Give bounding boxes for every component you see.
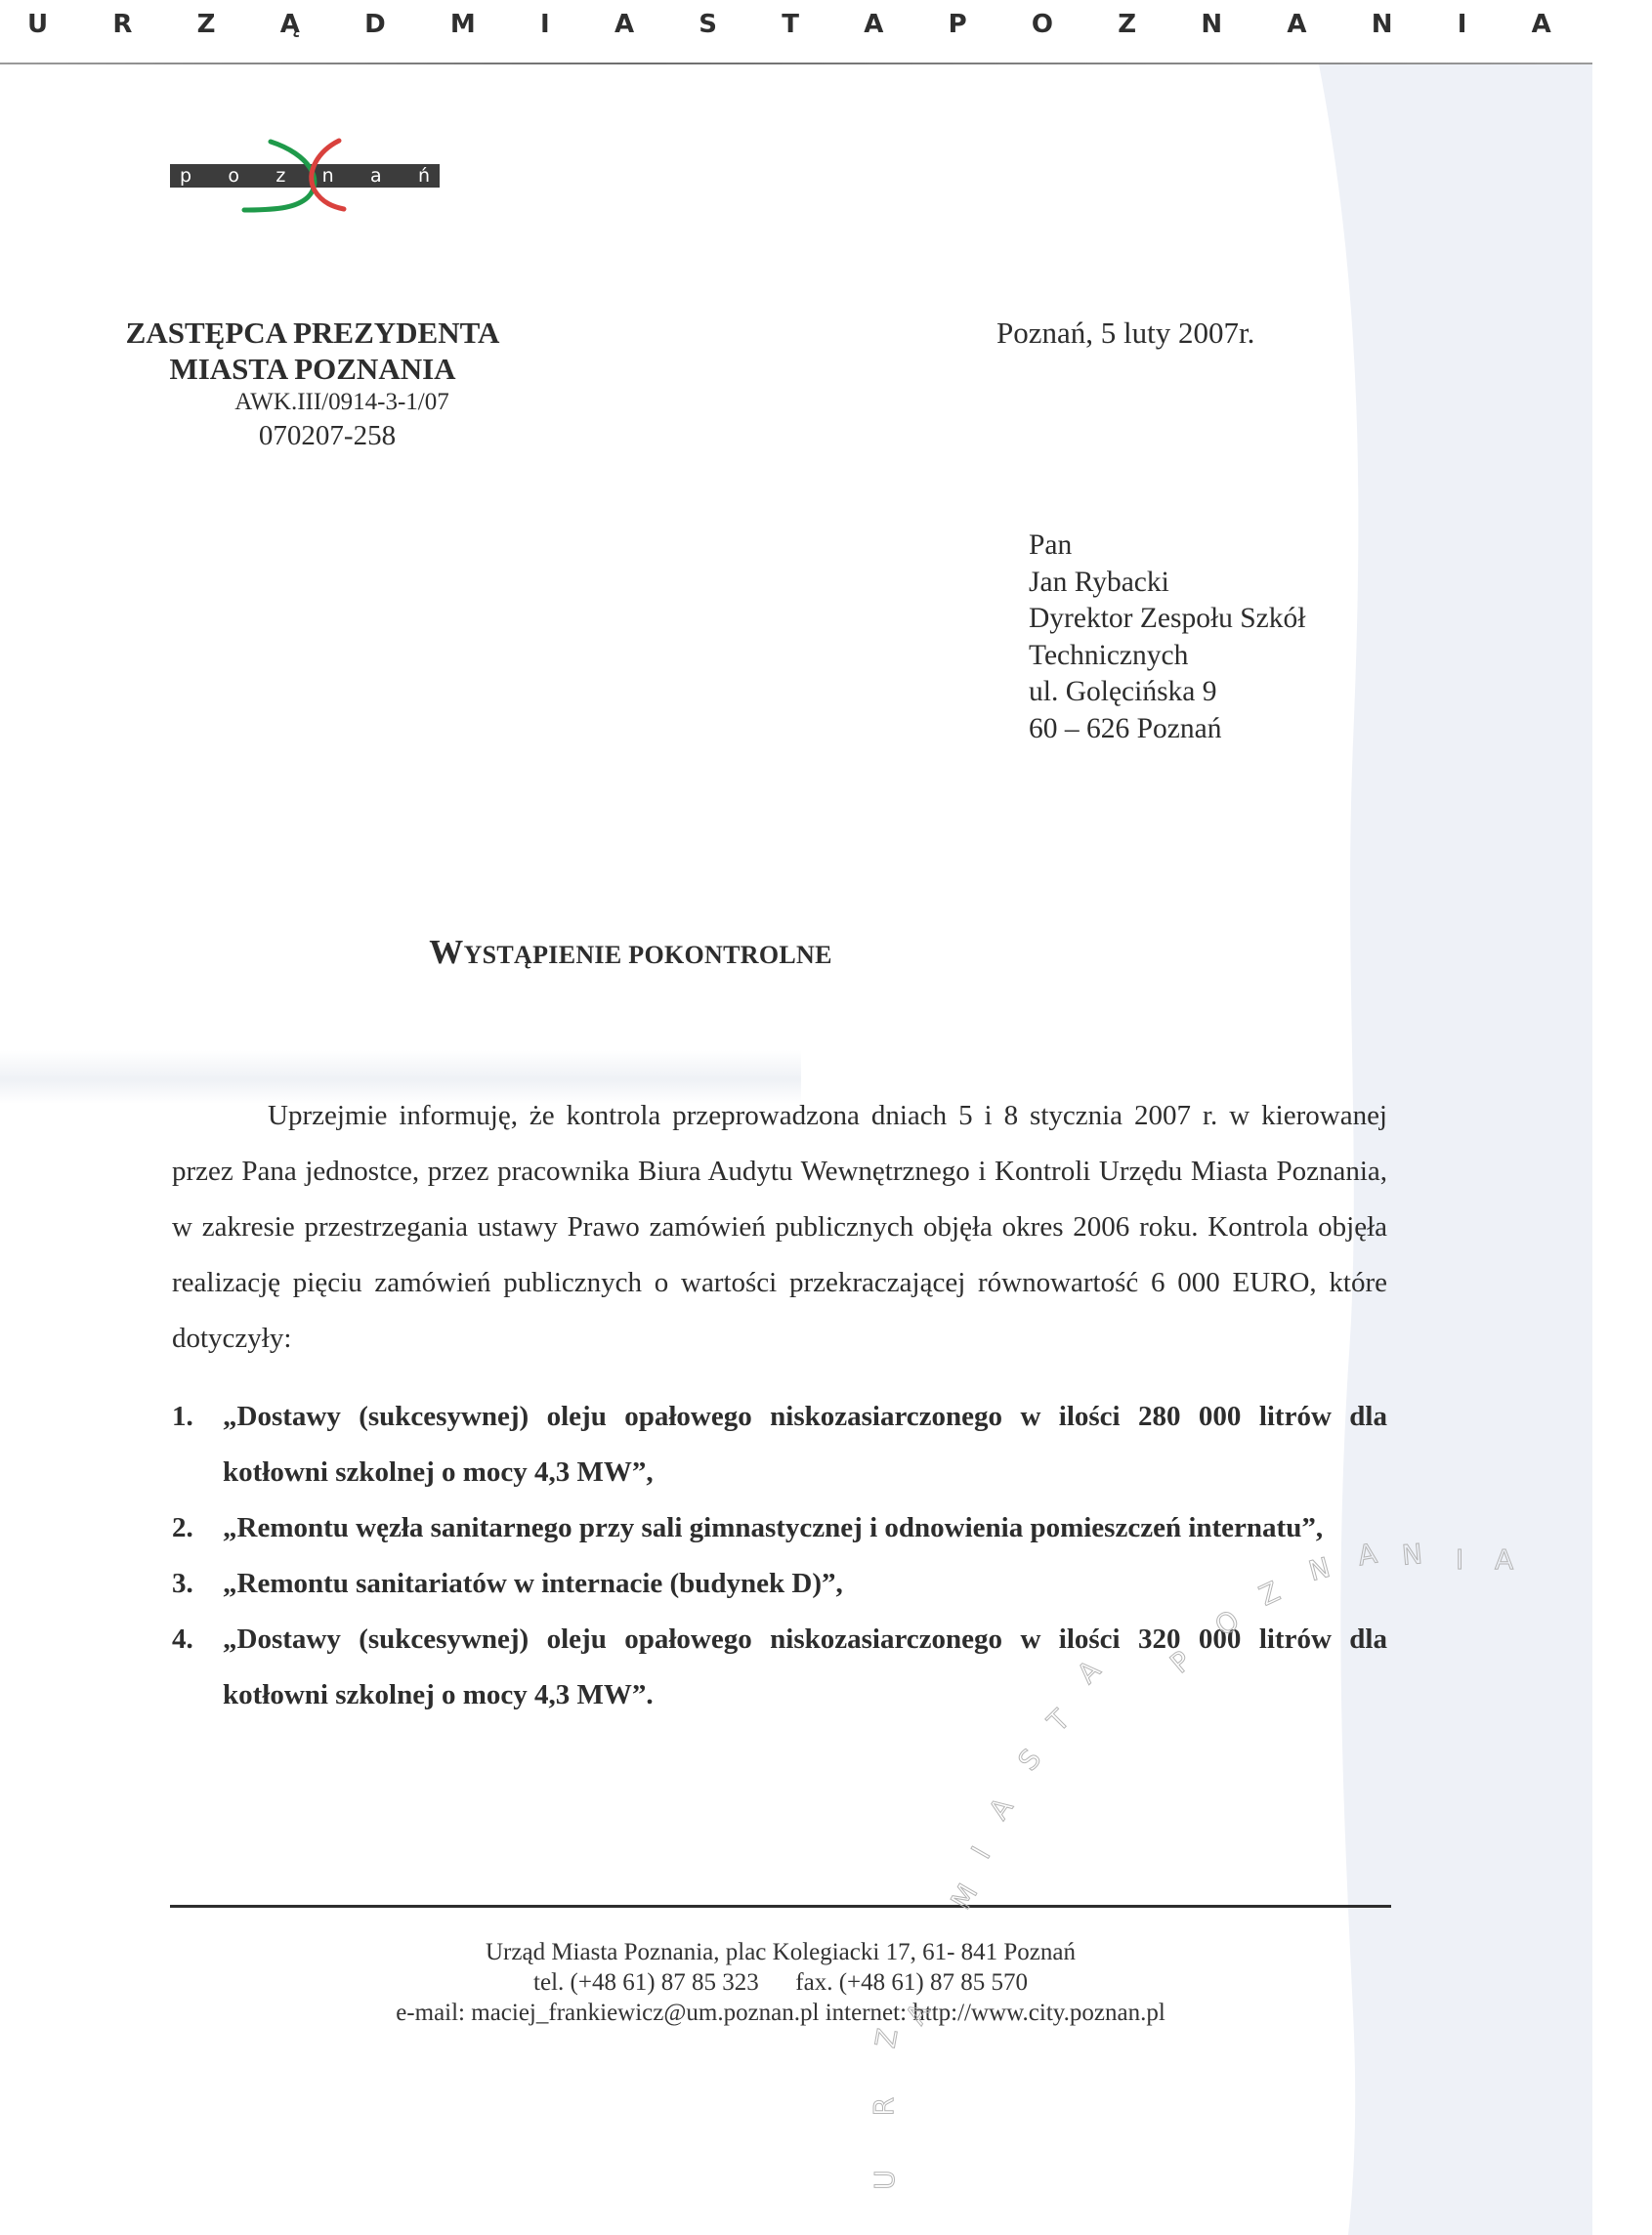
list-number: 1.: [172, 1389, 223, 1500]
watermark-letter: A: [1495, 1543, 1513, 1576]
footer: Urząd Miasta Poznania, plac Kolegiacki 1…: [170, 1937, 1391, 2028]
recipient-line: Pan: [1029, 527, 1305, 565]
letterhead-letter: O: [1032, 10, 1053, 39]
poznan-logo: poznań: [168, 137, 461, 215]
list-text: „Remontu węzła sanitarnego przy sali gim…: [223, 1500, 1387, 1556]
letterhead-title: URZĄDMIASTAPOZNANIA: [27, 10, 1551, 39]
letterhead-letter: N: [1201, 10, 1222, 39]
recipient-line: Dyrektor Zespołu Szkół: [1029, 601, 1305, 638]
letterhead-rule: [0, 63, 1592, 64]
recipient-line: Technicznych: [1029, 638, 1305, 675]
letterhead-letter: A: [614, 10, 634, 39]
footer-rule: [170, 1905, 1391, 1908]
reference-number: AWK.III/0914-3-1/07: [98, 387, 528, 418]
list-number: 2.: [172, 1500, 223, 1556]
list-item: 3. „Remontu sanitariatów w internacie (b…: [172, 1556, 1387, 1612]
sender-title-line2: MIASTA POZNANIA: [98, 351, 528, 387]
letterhead-letter: Z: [197, 10, 216, 39]
sender-block: ZASTĘPCA PREZYDENTA MIASTA POZNANIA AWK.…: [98, 315, 528, 453]
recipient-line: Jan Rybacki: [1029, 565, 1305, 602]
letterhead-letter: Z: [1118, 10, 1136, 39]
footer-address: Urząd Miasta Poznania, plac Kolegiacki 1…: [170, 1937, 1391, 1967]
letterhead-letter: R: [112, 10, 132, 39]
list-item: 2. „Remontu węzła sanitarnego przy sali …: [172, 1500, 1387, 1556]
recipient-line: ul. Golęcińska 9: [1029, 674, 1305, 711]
list-text: „Remontu sanitariatów w internacie (budy…: [223, 1556, 1387, 1612]
letterhead-letter: M: [450, 10, 476, 39]
letter-date: Poznań, 5 luty 2007r.: [996, 315, 1254, 352]
recipient-address: Pan Jan Rybacki Dyrektor Zespołu Szkół T…: [1029, 527, 1305, 747]
list-number: 4.: [172, 1612, 223, 1723]
sender-title-line1: ZASTĘPCA PREZYDENTA: [98, 315, 528, 351]
logo-arcs-icon: [168, 137, 461, 215]
watermark-letter: I: [1456, 1543, 1463, 1576]
letterhead-letter: D: [364, 10, 386, 39]
letterhead-letter: T: [782, 10, 799, 39]
document-title: WYSTĄPIENIE POKONTROLNE: [0, 933, 1652, 972]
list-item: 1. „Dostawy (sukcesywnej) oleju opałoweg…: [172, 1389, 1387, 1500]
footer-contact: e-mail: maciej_frankiewicz@um.poznan.pl …: [170, 1998, 1391, 2028]
watermark-letter: R: [868, 2097, 900, 2116]
letterhead-letter: A: [1532, 10, 1551, 39]
letterhead-letter: P: [949, 10, 967, 39]
footer-phones: tel. (+48 61) 87 85 323 fax. (+48 61) 87…: [170, 1967, 1391, 1998]
letterhead-letter: A: [864, 10, 883, 39]
body-text: Uprzejmie informuję, że kontrola przepro…: [172, 1088, 1387, 1367]
letterhead-letter: N: [1372, 10, 1393, 39]
contracts-list: 1. „Dostawy (sukcesywnej) oleju opałoweg…: [172, 1389, 1387, 1723]
document-number: 070207-258: [98, 418, 528, 453]
title-initial: W: [429, 933, 463, 971]
letterhead-letter: I: [540, 10, 550, 39]
recipient-line: 60 – 626 Poznań: [1029, 711, 1305, 748]
list-item: 4. „Dostawy (sukcesywnej) oleju opałoweg…: [172, 1612, 1387, 1723]
letterhead-letter: U: [27, 10, 48, 39]
title-rest: YSTĄPIENIE POKONTROLNE: [464, 941, 832, 969]
body-paragraph: Uprzejmie informuję, że kontrola przepro…: [172, 1088, 1387, 1367]
list-text: „Dostawy (sukcesywnej) oleju opałowego n…: [223, 1389, 1387, 1500]
letterhead-letter: I: [1458, 10, 1467, 39]
watermark-letter: N: [1401, 1538, 1424, 1572]
letterhead-letter: S: [699, 10, 717, 39]
letterhead: URZĄDMIASTAPOZNANIA: [0, 0, 1592, 61]
letterhead-letter: Ą: [280, 10, 300, 39]
list-text: „Dostawy (sukcesywnej) oleju opałowego n…: [223, 1612, 1387, 1723]
letterhead-letter: A: [1287, 10, 1306, 39]
list-number: 3.: [172, 1556, 223, 1612]
watermark-letter: U: [868, 2170, 901, 2190]
